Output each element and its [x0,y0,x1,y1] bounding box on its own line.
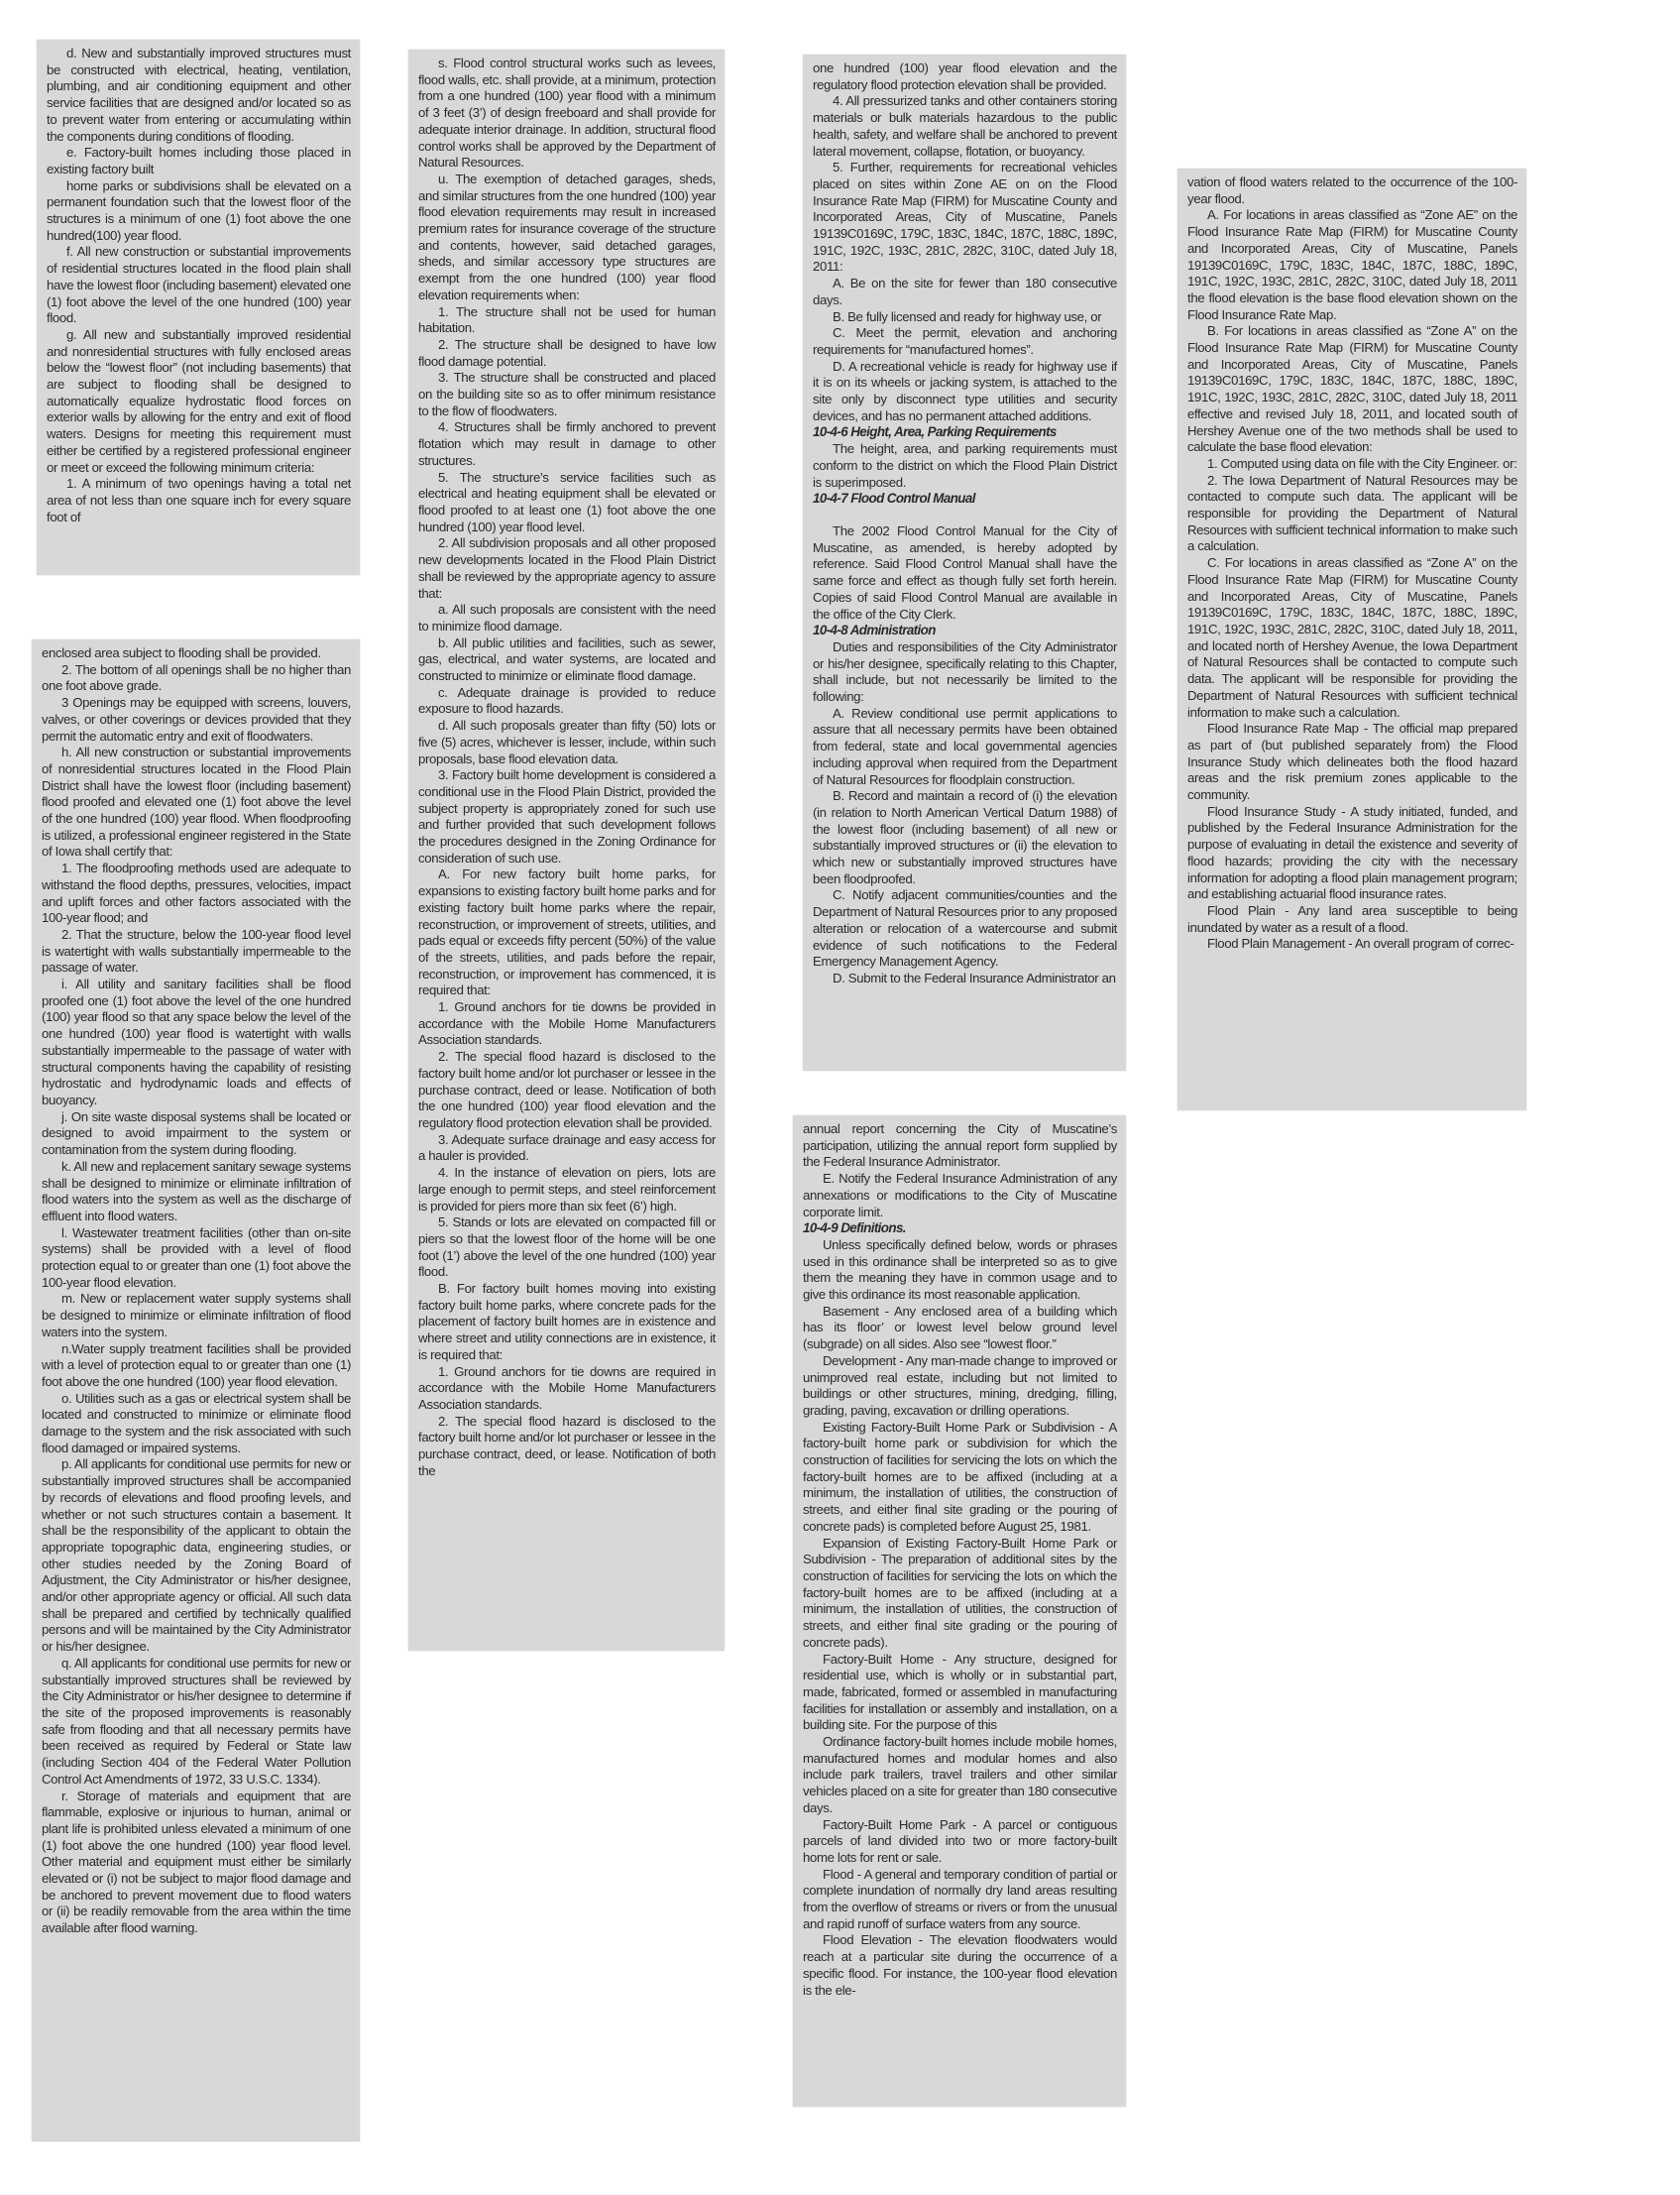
section-heading-10-4-6: 10-4-6 Height, Area, Parking Requirement… [813,424,1117,441]
paragraph-3A-1: 1. Ground anchors for tie downs be provi… [418,999,716,1049]
paragraph-o: o. Utilities such as a gas or electrical… [42,1391,351,1457]
paragraph-i: i. All utility and sanitary facilities s… [42,977,351,1109]
paragraph-u-4: 4. Structures shall be firmly anchored t… [418,419,716,469]
paragraph-5A: A. Be on the site for fewer than 180 con… [813,276,1117,308]
definition-factory-built-home-cont: Ordinance factory-built homes include mo… [803,1734,1117,1817]
paragraph-2-subdivisions: 2. All subdivision proposals and all oth… [418,535,716,602]
paragraph-u: u. The exemption of detached garages, sh… [418,172,716,304]
definition-flood-plain-management: Flood Plain Management - An overall prog… [1187,936,1517,953]
paragraph-admin-duties: Duties and responsibilities of the City … [813,639,1117,706]
paragraph-3B-2-cont: one hundred (100) year flood elevation a… [813,60,1117,93]
paragraph-u-2: 2. The structure shall be designed to ha… [418,337,716,370]
paragraph-l: l. Wastewater treatment facilities (othe… [42,1225,351,1292]
section-heading-10-4-7: 10-4-7 Flood Control Manual [813,491,1117,508]
paragraph-e: e. Factory-built homes including those p… [47,145,351,177]
clipping-col4: vation of flood waters related to the oc… [1177,169,1526,1110]
clipping-col1-top: d. New and substantially improved struct… [37,40,360,575]
paragraph-n: n.Water supply treatment facilities shal… [42,1341,351,1391]
paragraph-3-factory-built: 3. Factory built home development is con… [418,767,716,866]
flood-elevation-A: A. For locations in areas classified as … [1187,207,1517,323]
paragraph-g-1: 1. A minimum of two openings having a to… [47,476,351,525]
paragraph-3A-4: 4. In the instance of elevation on piers… [418,1165,716,1214]
definition-flood-plain: Flood Plain - Any land area susceptible … [1187,903,1517,936]
paragraph-admin-A: A. Review conditional use permit applica… [813,706,1117,789]
paragraph-u-5: 5. The structure’s service facilities su… [418,470,716,536]
paragraph-admin-D: D. Submit to the Federal Insurance Admin… [813,971,1117,987]
paragraph-e-cont: home parks or subdivisions shall be elev… [47,178,351,245]
paragraph-g-2: 2. The bottom of all openings shall be n… [42,662,351,695]
paragraph-3A-5: 5. Stands or lots are elevated on compac… [418,1214,716,1281]
paragraph-j: j. On site waste disposal systems shall … [42,1109,351,1159]
paragraph-2a: a. All such proposals are consistent wit… [418,602,716,635]
paragraph-admin-E: E. Notify the Federal Insurance Administ… [803,1171,1117,1220]
paragraph-5C: C. Meet the permit, elevation and anchor… [813,325,1117,358]
definition-flood: Flood - A general and temporary conditio… [803,1867,1117,1933]
definition-development: Development - Any man-made change to imp… [803,1353,1117,1420]
paragraph-3B-2: 2. The special flood hazard is disclosed… [418,1414,716,1480]
paragraph-u-3: 3. The structure shall be constructed an… [418,370,716,419]
paragraph-5-rv: 5. Further, requirements for recreationa… [813,160,1117,276]
paragraph-g-3: 3 Openings may be equipped with screens,… [42,695,351,745]
clipping-col1-bottom: enclosed area subject to flooding shall … [32,639,360,2141]
paragraph-3B: B. For factory built homes moving into e… [418,1281,716,1364]
paragraph-3A-2: 2. The special flood hazard is disclosed… [418,1049,716,1132]
paragraph-f: f. All new construction or substantial i… [47,244,351,327]
paragraph-u-1: 1. The structure shall not be used for h… [418,304,716,337]
clipping-col3-top: one hundred (100) year flood elevation a… [803,55,1126,1071]
paragraph-q: q. All applicants for conditional use pe… [42,1656,351,1789]
paragraph-5B: B. Be fully licensed and ready for highw… [813,309,1117,326]
section-heading-10-4-8: 10-4-8 Administration [813,623,1117,639]
flood-elevation-B-2: 2. The Iowa Department of Natural Resour… [1187,473,1517,556]
paragraph-flood-control-manual: The 2002 Flood Control Manual for the Ci… [813,523,1117,623]
clipping-col2: s. Flood control structural works such a… [408,50,725,1651]
paragraph-k: k. All new and replacement sanitary sewa… [42,1159,351,1225]
paragraph-s: s. Flood control structural works such a… [418,56,716,172]
paragraph-definitions-intro: Unless specifically defined below, words… [803,1237,1117,1304]
paragraph-admin-C: C. Notify adjacent communities/counties … [813,887,1117,971]
paragraph-2d: d. All such proposals greater than fifty… [418,718,716,767]
paragraph-p: p. All applicants for conditional use pe… [42,1456,351,1655]
spacer [813,508,1117,523]
paragraph-g-1-cont: enclosed area subject to flooding shall … [42,645,351,662]
definition-flood-insurance-study: Flood Insurance Study - A study initiate… [1187,804,1517,903]
paragraph-height-area: The height, area, and parking requiremen… [813,441,1117,491]
paragraph-m: m. New or replacement water supply syste… [42,1291,351,1340]
paragraph-3B-1: 1. Ground anchors for tie downs are requ… [418,1364,716,1414]
paragraph-h: h. All new construction or substantial i… [42,745,351,861]
paragraph-g: g. All new and substantially improved re… [47,327,351,476]
paragraph-2b: b. All public utilities and facilities, … [418,635,716,685]
paragraph-5D: D. A recreational vehicle is ready for h… [813,359,1117,425]
paragraph-3A-3: 3. Adequate surface drainage and easy ac… [418,1132,716,1165]
paragraph-r: r. Storage of materials and equipment th… [42,1789,351,1937]
paragraph-3A: A. For new factory built home parks, for… [418,866,716,999]
definition-expansion-existing-park: Expansion of Existing Factory-Built Home… [803,1536,1117,1652]
paragraph-2c: c. Adequate drainage is provided to redu… [418,685,716,718]
paragraph-admin-D-cont: annual report concerning the City of Mus… [803,1121,1117,1171]
flood-elevation-C: C. For locations in areas classified as … [1187,555,1517,721]
paragraph-admin-B: B. Record and maintain a record of (i) t… [813,788,1117,887]
definition-factory-built-home: Factory-Built Home - Any structure, desi… [803,1652,1117,1735]
definition-basement: Basement - Any enclosed area of a buildi… [803,1304,1117,1353]
flood-elevation-B-1: 1. Computed using data on file with the … [1187,456,1517,473]
definition-flood-elevation: Flood Elevation - The elevation floodwat… [803,1932,1117,1999]
paragraph-4-tanks: 4. All pressurized tanks and other conta… [813,93,1117,160]
definition-existing-factory-built-home-park: Existing Factory-Built Home Park or Subd… [803,1420,1117,1536]
section-heading-10-4-9: 10-4-9 Definitions. [803,1220,1117,1237]
paragraph-d: d. New and substantially improved struct… [47,46,351,145]
paragraph-h-2: 2. That the structure, below the 100-yea… [42,927,351,977]
definition-flood-insurance-rate-map: Flood Insurance Rate Map - The official … [1187,721,1517,804]
definition-factory-built-home-park: Factory-Built Home Park - A parcel or co… [803,1817,1117,1867]
definition-flood-elevation-cont: vation of flood waters related to the oc… [1187,174,1517,207]
paragraph-h-1: 1. The floodproofing methods used are ad… [42,861,351,927]
flood-elevation-B: B. For locations in areas classified as … [1187,323,1517,456]
clipping-col3-bottom: annual report concerning the City of Mus… [793,1115,1126,2107]
